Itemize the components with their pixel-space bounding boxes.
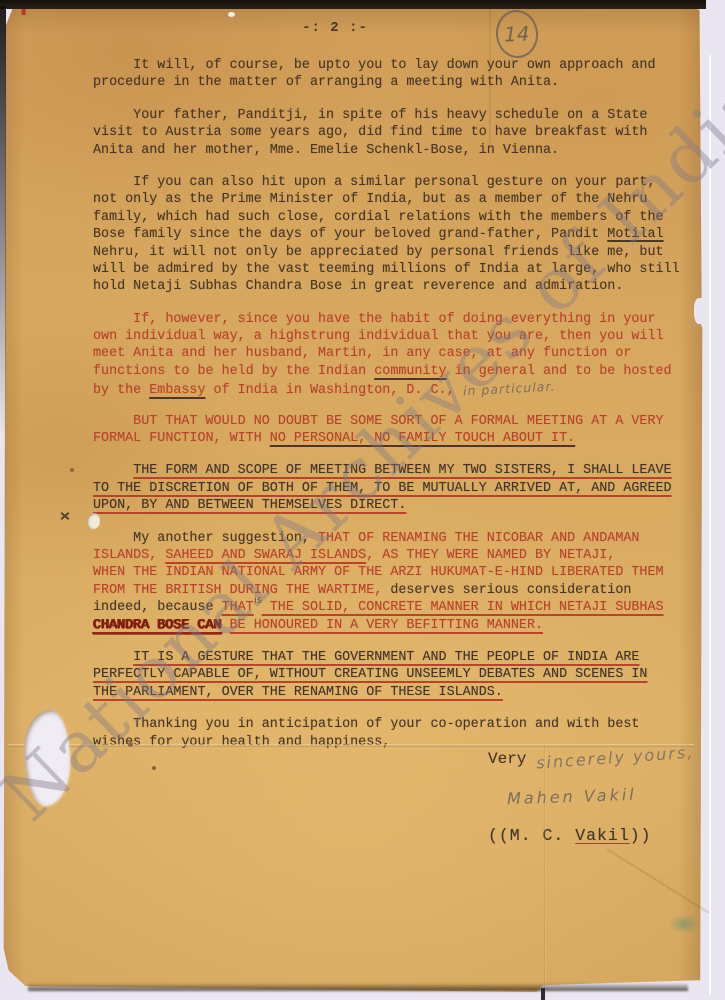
text-segment: IT IS A GESTURE THAT THE GOVERNMENT AND … — [133, 650, 639, 665]
text-segment: THAT OF RENAMING THE NICOBAR AND ANDAMAN — [318, 531, 639, 546]
text-segment: PERFECTLY CAPABLE OF, WITHOUT CREATING U… — [93, 667, 647, 682]
text-line: meet Anita and her husband, Martin, in a… — [93, 345, 705, 362]
text-segment: in general and to be hosted — [447, 364, 672, 379]
text-segment: Thanking you in anticipation of your co-… — [93, 717, 639, 732]
text-segment: Your father, Panditji, in spite of his h… — [93, 108, 647, 123]
text-segment — [93, 463, 133, 478]
text-line: functions to be held by the Indian commu… — [93, 363, 705, 380]
folio-number: 14 — [504, 22, 530, 47]
text-segment: WHEN THE INDIAN NATIONAL ARMY OF THE ARZ… — [93, 565, 664, 580]
text-segment: will be admired by the vast teeming mill… — [93, 262, 680, 277]
text-segment: If, however, since you have the habit of… — [93, 312, 656, 327]
text-line: not only as the Prime Minister of India,… — [93, 191, 705, 208]
text-line: FROM THE BRITISH DURING THE WARTIME, des… — [93, 582, 705, 599]
text-segment: THE SOLID, CONCRETE MANNER IN WHICH NETA… — [262, 600, 664, 615]
text-segment: Vakil — [575, 826, 630, 845]
text-segment: BUT THAT WOULD NO DOUBT BE SOME SORT OF … — [93, 414, 664, 429]
text-segment: indeed, because — [93, 600, 222, 615]
text-segment: functions to be held by the Indian — [93, 364, 374, 379]
text-segment: in particular. — [462, 378, 555, 400]
text-segment: Anita and her mother, Mme. Emelie Schenk… — [93, 143, 559, 158]
text-segment: visit to Austria some years ago, did fin… — [93, 125, 647, 140]
text-line: My another suggestion, THAT OF RENAMING … — [93, 530, 705, 547]
text-segment: not only as the Prime Minister of India,… — [93, 192, 647, 207]
text-segment: THE FORM AND SCOPE OF MEETING BETWEEN MY… — [133, 463, 671, 478]
text-segment: UPON, BY AND BETWEEN THEMSELVES DIRECT. — [93, 498, 406, 513]
text-segment — [222, 618, 230, 633]
text-line: Nehru, it will not only be appreciated b… — [93, 244, 705, 261]
text-segment — [93, 650, 133, 665]
paragraph: If you can also hit upon a similar perso… — [93, 174, 705, 296]
text-line: indeed, because THATis THE SOLID, CONCRE… — [93, 599, 705, 616]
text-line: Bose family since the days of your belov… — [93, 226, 705, 243]
paragraph: If, however, since you have the habit of… — [93, 311, 705, 398]
text-segment: Embassy — [149, 383, 205, 398]
text-line: TO THE DISCRETION OF BOTH OF THEM, TO BE… — [93, 480, 705, 497]
text-line: UPON, BY AND BETWEEN THEMSELVES DIRECT. — [93, 497, 705, 514]
text-segment: FROM THE BRITISH DURING THE WARTIME, — [93, 583, 390, 598]
text-segment: Mahen Vakil — [507, 785, 637, 809]
paragraph: Thanking you in anticipation of your co-… — [93, 716, 705, 751]
page-number: -: 2 :- — [270, 20, 400, 36]
text-segment: procedure in the matter of arranging a m… — [93, 75, 559, 90]
text-line: BUT THAT WOULD NO DOUBT BE SOME SORT OF … — [93, 413, 705, 430]
text-line: THE PARLIAMENT, OVER THE RENAMING OF THE… — [93, 684, 705, 701]
text-segment: meet Anita and her husband, Martin, in a… — [93, 346, 631, 361]
scanned-letter-page: -: 2 :- 14 It will, of course, be upto y… — [0, 0, 725, 1000]
letter-body: It will, of course, be upto you to lay d… — [93, 57, 705, 766]
text-segment: own individual way, a highstrung individ… — [93, 329, 664, 344]
text-line: procedure in the matter of arranging a m… — [93, 74, 705, 91]
text-line: THE FORM AND SCOPE OF MEETING BETWEEN MY… — [93, 462, 705, 479]
text-line: Anita and her mother, Mme. Emelie Schenk… — [93, 142, 705, 159]
paragraph: My another suggestion, THAT OF RENAMING … — [93, 530, 705, 634]
text-segment: TO THE DISCRETION OF BOTH OF THEM, TO BE… — [93, 481, 672, 496]
text-segment: SAHEED AND SWARAJ ISLANDS — [165, 548, 366, 563]
text-line: visit to Austria some years ago, did fin… — [93, 124, 705, 141]
text-segment: ISLANDS, — [93, 548, 165, 563]
scan-background-line — [541, 988, 545, 1000]
text-segment: NO PERSONAL, NO FAMILY TOUCH ABOUT IT. — [270, 431, 575, 446]
text-segment: It will, of course, be upto you to lay d… — [93, 58, 656, 73]
text-line: Mahen Vakil — [488, 787, 694, 807]
text-line: FORMAL FUNCTION, WITH NO PERSONAL, NO FA… — [93, 430, 705, 447]
text-line: hold Netaji Subhas Chandra Bose in great… — [93, 278, 705, 295]
text-segment: Very — [488, 750, 536, 768]
text-line: Very sincerely yours, — [488, 748, 694, 768]
text-line: WHEN THE INDIAN NATIONAL ARMY OF THE ARZ… — [93, 564, 705, 581]
text-segment: If you can also hit upon a similar perso… — [93, 175, 656, 190]
text-segment: Motilal — [607, 227, 663, 242]
text-segment: wishes for your health and happiness, — [93, 735, 390, 750]
text-line: Thanking you in anticipation of your co-… — [93, 716, 705, 733]
text-line: If, however, since you have the habit of… — [93, 311, 705, 328]
text-line: If you can also hit upon a similar perso… — [93, 174, 705, 191]
text-segment: CHANDRA BOSE CAN — [93, 618, 222, 633]
text-line: ISLANDS, SAHEED AND SWARAJ ISLANDS, AS T… — [93, 547, 705, 564]
text-segment: is — [253, 592, 263, 610]
text-line: family, which had such close, cordial re… — [93, 209, 705, 226]
text-line: IT IS A GESTURE THAT THE GOVERNMENT AND … — [93, 649, 705, 666]
text-line: own individual way, a highstrung individ… — [93, 328, 705, 345]
text-segment: hold Netaji Subhas Chandra Bose in great… — [93, 279, 623, 294]
text-segment: by the — [93, 383, 149, 398]
text-segment: THE PARLIAMENT, OVER THE RENAMING OF THE… — [93, 685, 503, 700]
text-segment: ((M. C. — [488, 826, 575, 845]
text-segment: deserves serious consideration — [390, 583, 631, 598]
paragraph: THE FORM AND SCOPE OF MEETING BETWEEN MY… — [93, 462, 705, 514]
text-segment: , AS THEY WERE NAMED BY NETAJI, — [366, 548, 615, 563]
text-segment: My another suggestion, — [93, 531, 318, 546]
text-segment: Bose family since the days of your belov… — [93, 227, 607, 242]
text-segment: BE HONOURED IN A VERY BEFITTING MANNER. — [230, 618, 543, 633]
text-line: Your father, Panditji, in spite of his h… — [93, 107, 705, 124]
paragraph: It will, of course, be upto you to lay d… — [93, 57, 705, 92]
text-segment — [488, 789, 507, 807]
signature-block: Very sincerely yours, Mahen Vakil((M. C.… — [488, 748, 694, 864]
paragraph: Your father, Panditji, in spite of his h… — [93, 107, 705, 159]
text-line: CHANDRA BOSE CAN BE HONOURED IN A VERY B… — [93, 617, 705, 634]
text-segment: FORMAL FUNCTION, WITH — [93, 431, 270, 446]
paragraph: IT IS A GESTURE THAT THE GOVERNMENT AND … — [93, 649, 705, 701]
text-segment: of India in Washington, D. C., — [206, 383, 463, 398]
paragraph: BUT THAT WOULD NO DOUBT BE SOME SORT OF … — [93, 413, 705, 448]
text-segment: Nehru, it will not only be appreciated b… — [93, 245, 664, 260]
scan-edge-highlight — [709, 55, 711, 995]
text-segment: THAT — [222, 600, 254, 615]
text-line: by the Embassy of India in Washington, D… — [93, 380, 705, 397]
text-line: PERFECTLY CAPABLE OF, WITHOUT CREATING U… — [93, 666, 705, 683]
text-line: ((M. C. Vakil)) — [488, 826, 694, 845]
text-segment: )) — [630, 826, 652, 845]
text-segment: community — [374, 364, 446, 379]
text-line: will be admired by the vast teeming mill… — [93, 261, 705, 278]
text-line: It will, of course, be upto you to lay d… — [93, 57, 705, 74]
text-segment: family, which had such close, cordial re… — [93, 210, 664, 225]
